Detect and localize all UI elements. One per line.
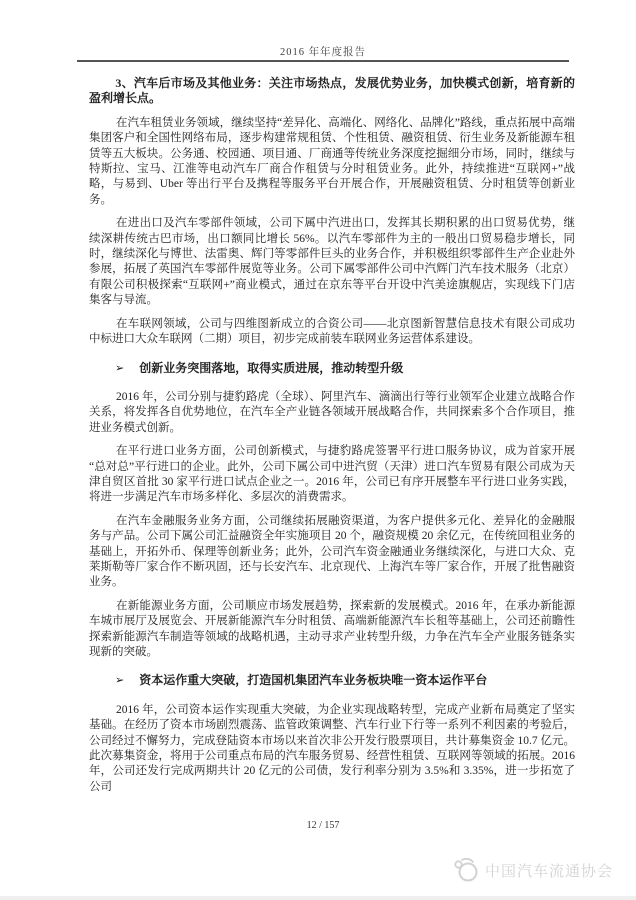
document-paragraph: 2016 年，公司资本运作实现重大突破，为企业实现战略转型，完成产业新布局奠定了…: [89, 703, 575, 795]
document-paragraph: 在进出口及汽车零部件领域，公司下属中汽进出口，发挥其长期积累的出口贸易优势，继续…: [89, 216, 575, 308]
document-paragraph: 在车联网领域，公司与四维图新成立的合资公司——北京图新智慧信息技术有限公司成功中…: [89, 317, 575, 348]
numbered-section-heading: 3、汽车后市场及其他业务：关注市场热点，发展优势业务，加快模式创新，培育新的盈利…: [89, 76, 575, 107]
arrow-heading-label: 资本运作重大突破，打造国机集团汽车业务板块唯一资本运作平台: [139, 673, 487, 687]
document-paragraph: 2016 年，公司分别与捷豹路虎（全球）、阿里汽车、滴滴出行等行业领军企业建立战…: [89, 390, 575, 436]
cada-logo-icon: [452, 857, 479, 884]
header-rule: [77, 60, 569, 62]
arrow-section-heading: ➢资本运作重大突破，打造国机集团汽车业务板块唯一资本运作平台: [89, 673, 575, 689]
arrow-bullet-icon: ➢: [115, 361, 124, 376]
bottom-edge: [0, 896, 636, 900]
document-paragraph: 在平行进口业务方面，公司创新模式，与捷豹路虎签署平行进口服务协议，成为首家开展“…: [89, 444, 575, 506]
document-paragraph: 在新能源业务方面，公司顺应市场发展趋势，探索新的发展模式。2016 年，在承办新…: [89, 599, 575, 661]
document-paragraph: 在汽车租赁业务领域，继续坚持“差异化、高端化、网络化、品牌化”路线，重点拓展中高…: [89, 116, 575, 208]
arrow-section-heading: ➢创新业务突围落地，取得实质进展，推动转型升级: [89, 361, 575, 377]
document-page: 2016 年年度报告 3、汽车后市场及其他业务：关注市场热点，发展优势业务，加快…: [0, 0, 636, 900]
arrow-heading-label: 创新业务突围落地，取得实质进展，推动转型升级: [139, 361, 403, 375]
page-header-title: 2016 年年度报告: [77, 44, 569, 59]
page-number: 12 / 157: [77, 820, 569, 831]
arrow-bullet-icon: ➢: [115, 674, 124, 689]
document-body: 3、汽车后市场及其他业务：关注市场热点，发展优势业务，加快模式创新，培育新的盈利…: [89, 76, 575, 803]
watermark: 中国汽车流通协会: [452, 857, 613, 884]
watermark-text: 中国汽车流通协会: [485, 860, 613, 881]
document-paragraph: 在汽车金融服务业务方面，公司继续拓展融资渠道，为客户提供多元化、差异化的金融服务…: [89, 514, 575, 591]
